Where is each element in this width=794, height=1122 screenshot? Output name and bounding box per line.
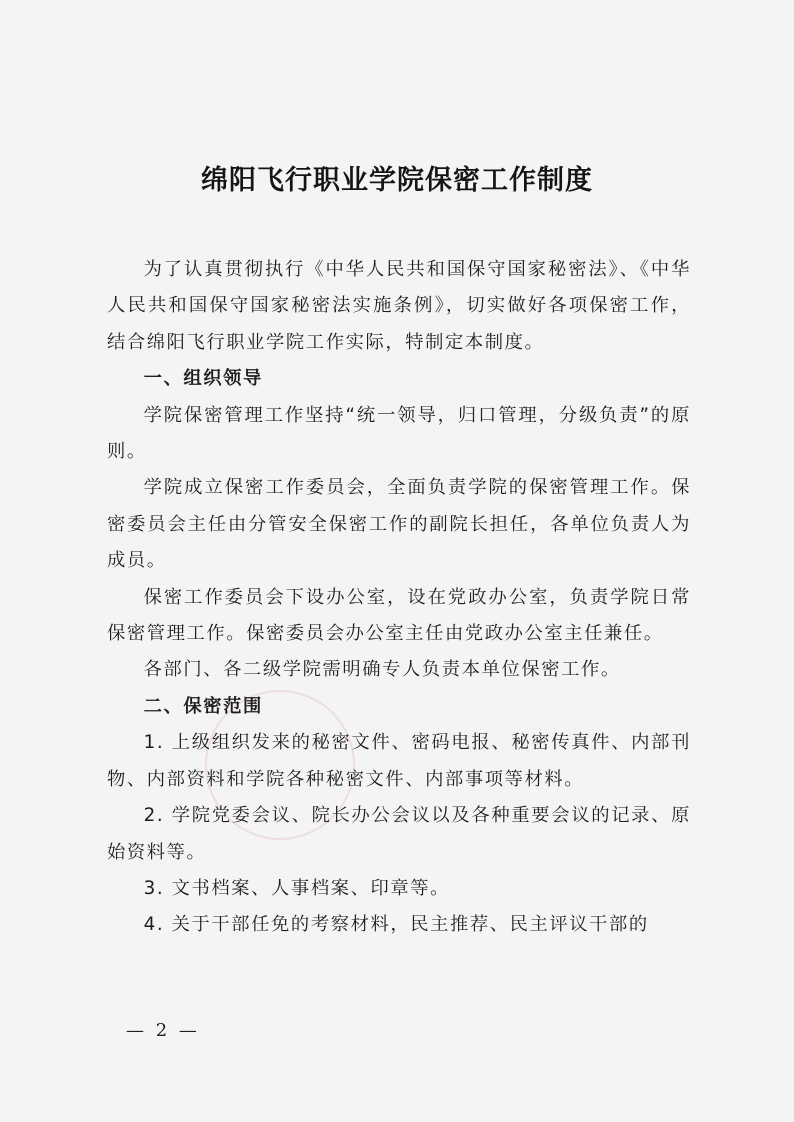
document-page: 绵阳飞行职业学院保密工作制度 为了认真贯彻执行《中华人民共和国保守国家秘密法》、…: [0, 0, 794, 1122]
section-heading-scope: 二、保密范围: [107, 689, 691, 725]
paragraph-departments: 各部门、各二级学院需明确专人负责本单位保密工作。: [107, 652, 691, 688]
scope-item-3: 3. 文书档案、人事档案、印章等。: [107, 871, 691, 907]
paragraph-office: 保密工作委员会下设办公室，设在党政办公室，负责学院日常保密管理工作。保密委员会办…: [107, 580, 691, 653]
scope-item-2: 2. 学院党委会议、院长办公会议以及各种重要会议的记录、原始资料等。: [107, 798, 691, 871]
section-heading-organization: 一、组织领导: [107, 361, 691, 397]
intro-paragraph: 为了认真贯彻执行《中华人民共和国保守国家秘密法》、《中华人民共和国保守国家秘密法…: [107, 252, 691, 361]
document-body: 为了认真贯彻执行《中华人民共和国保守国家秘密法》、《中华人民共和国保守国家秘密法…: [107, 252, 691, 944]
scope-item-4: 4. 关于干部任免的考察材料，民主推荐、民主评议干部的: [107, 907, 691, 943]
paragraph-committee: 学院成立保密工作委员会，全面负责学院的保密管理工作。保密委员会主任由分管安全保密…: [107, 470, 691, 579]
paragraph-principle: 学院保密管理工作坚持“统一领导，归口管理，分级负责”的原则。: [107, 398, 691, 471]
scope-item-1: 1. 上级组织发来的秘密文件、密码电报、秘密传真件、内部刊物、内部资料和学院各种…: [107, 725, 691, 798]
document-title: 绵阳飞行职业学院保密工作制度: [0, 158, 794, 197]
page-number: — 2 —: [126, 1020, 200, 1041]
